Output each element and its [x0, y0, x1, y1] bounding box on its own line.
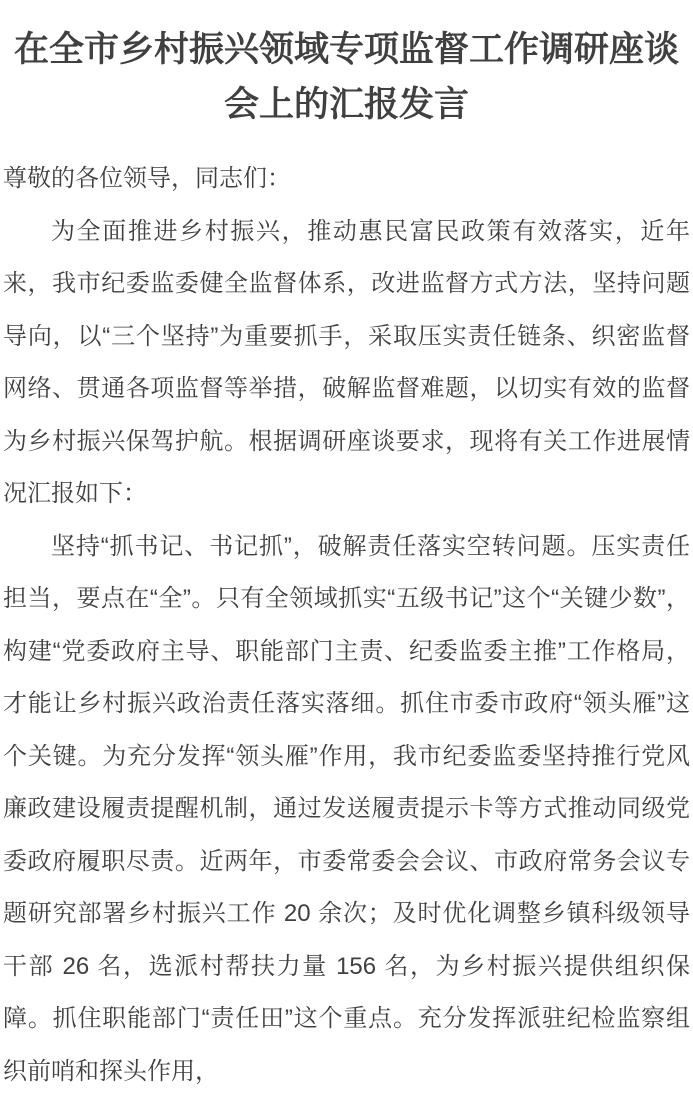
document-title: 在全市乡村振兴领域专项监督工作调研座谈会上的汇报发言 [7, 22, 686, 132]
document-page: 在全市乡村振兴领域专项监督工作调研座谈会上的汇报发言 尊敬的各位领导，同志们： … [0, 22, 693, 1097]
paragraph-intro: 为全面推进乡村振兴，推动惠民富民政策有效落实，近年来，我市纪委监委健全监督体系，… [3, 206, 690, 521]
document-body: 尊敬的各位领导，同志们： 为全面推进乡村振兴，推动惠民富民政策有效落实，近年来，… [3, 153, 690, 1097]
paragraph-main: 坚持“抓书记、书记抓”，破解责任落实空转问题。压实责任担当，要点在“全”。只有全… [3, 521, 690, 1097]
salutation-line: 尊敬的各位领导，同志们： [3, 153, 690, 206]
